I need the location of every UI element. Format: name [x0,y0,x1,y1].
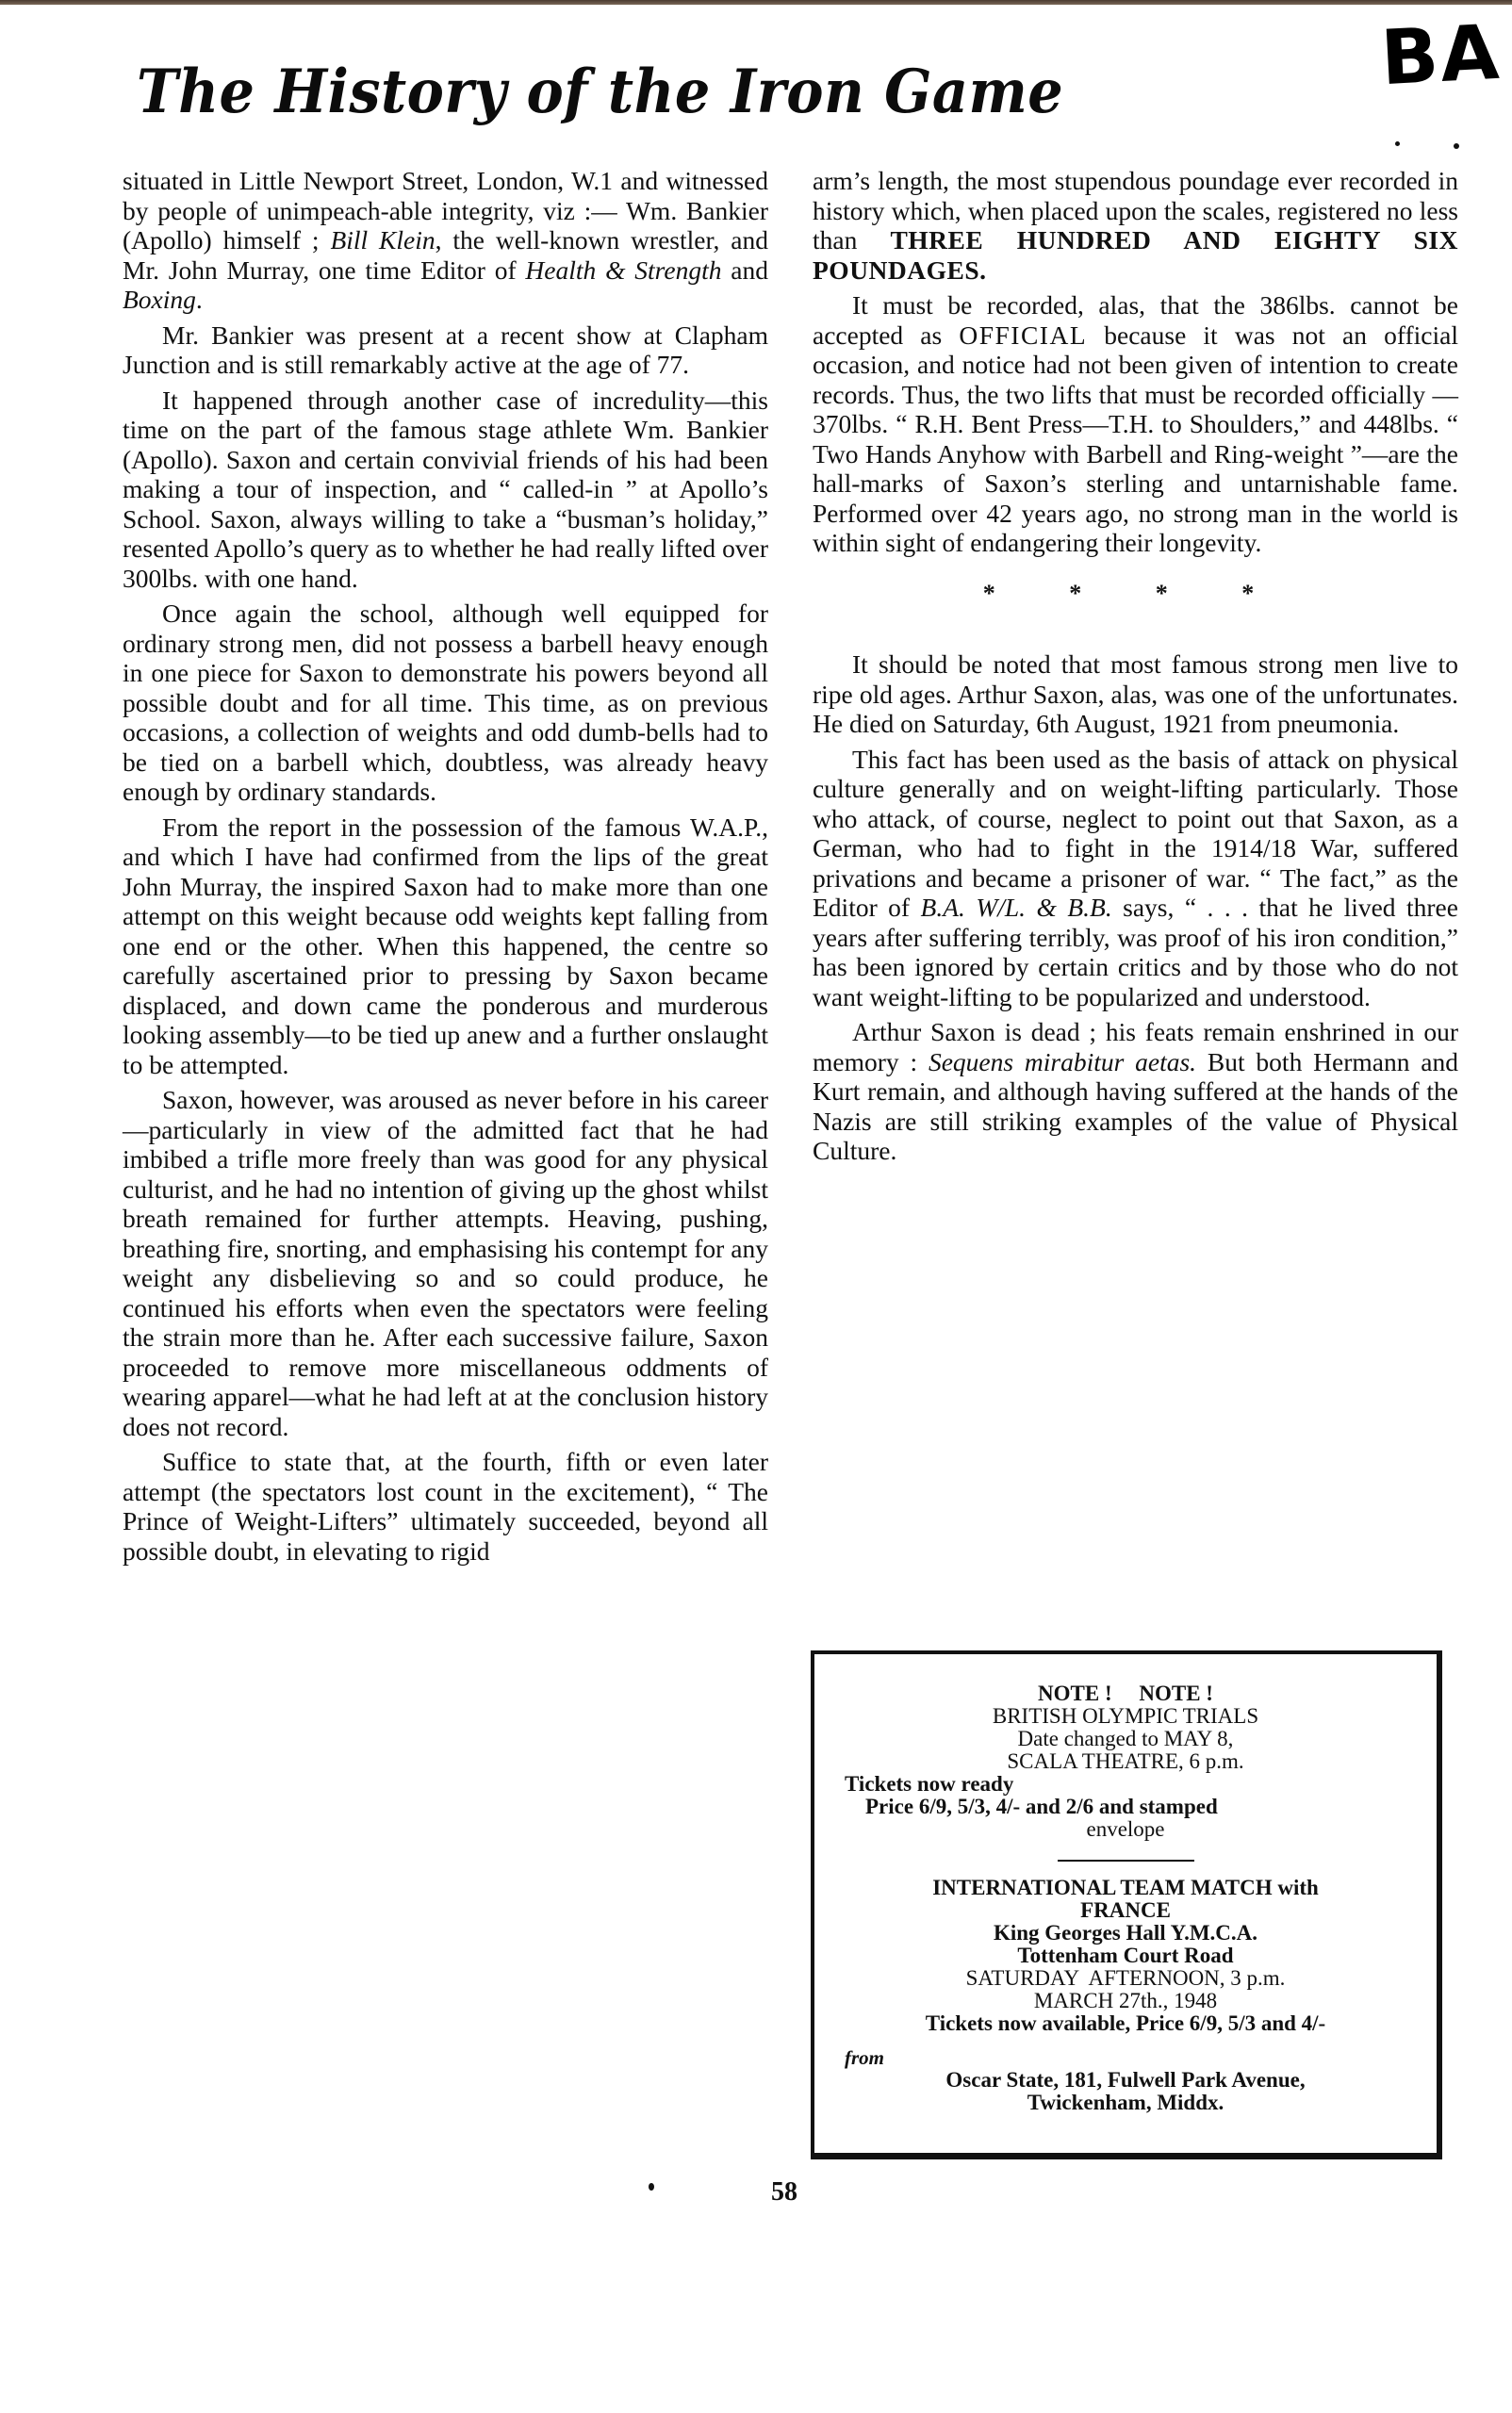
ticket-price-cont: envelope [814,1818,1437,1841]
scan-speck [649,2183,654,2191]
paragraph: Saxon, however, was aroused as never bef… [123,1085,768,1441]
italic-publication: Health & Strength [525,255,721,285]
ticket-price: Price 6/9, 5/3, 4/- and 2/6 and stamped [814,1796,1437,1818]
right-column: arm’s length, the most stupendous pounda… [813,166,1458,1172]
emphasis-caps: THREE HUNDRED AND EIGHTY SIX POUNDAGES. [813,225,1458,285]
paragraph: situated in Little Newport Street, Londo… [123,166,768,315]
paragraph: Arthur Saxon is dead ; his feats remain … [813,1017,1458,1166]
paragraph: It happened through another case of incr… [123,386,768,594]
latin-quote: Sequens mirabitur aetas. [929,1047,1196,1076]
contact-address: Oscar State, 181, Fulwell Park Avenue, [814,2069,1437,2092]
event-venue: SCALA THEATRE, 6 p.m. [814,1750,1437,1773]
italic-publication: B.A. W/L. & B.B. [921,893,1112,922]
from-label: from [814,2046,1437,2069]
page-title: The History of the Iron Game [137,57,1063,127]
emphasis-caps: OFFICIAL [959,320,1087,350]
notice-heading: NOTE ! NOTE ! [814,1683,1437,1705]
italic-name: Bill Klein [330,225,435,254]
paragraph: arm’s length, the most stupendous pounda… [813,166,1458,285]
event-date: MARCH 27th., 1948 [814,1990,1437,2012]
event-date: Date changed to MAY 8, [814,1728,1437,1750]
event-title: INTERNATIONAL TEAM MATCH with [814,1877,1437,1899]
ticket-price: Tickets now available, Price 6/9, 5/3 an… [814,2012,1437,2035]
handwritten-annotation: BA [1379,8,1504,103]
event-venue: King Georges Hall Y.M.C.A. [814,1922,1437,1945]
paragraph: It must be recorded, alas, that the 386l… [813,290,1458,558]
divider [1058,1860,1194,1862]
event-address: Tottenham Court Road [814,1945,1437,1967]
paragraph: Suffice to state that, at the fourth, fi… [123,1447,768,1566]
scan-speck [1454,143,1459,149]
event-notice-box: NOTE ! NOTE ! BRITISH OLYMPIC TRIALS Dat… [811,1650,1442,2159]
paragraph: This fact has been used as the basis of … [813,745,1458,1012]
paragraph: It should be noted that most famous stro… [813,649,1458,739]
section-separator: * * * * [813,579,1458,609]
ticket-status: Tickets now ready [814,1773,1437,1796]
event-title: BRITISH OLYMPIC TRIALS [814,1705,1437,1728]
page-number: 58 [771,2177,797,2208]
left-column: situated in Little Newport Street, Londo… [123,166,768,1571]
paragraph: From the report in the possession of the… [123,813,768,1080]
paragraph: Mr. Bankier was present at a recent show… [123,320,768,380]
event-time: SATURDAY AFTERNOON, 3 p.m. [814,1967,1437,1990]
contact-address: Twickenham, Middx. [814,2092,1437,2114]
italic-publication: Boxing [123,285,196,314]
scan-speck [1395,141,1400,146]
event-title-cont: FRANCE [814,1899,1437,1922]
page-top-edge [0,0,1512,5]
paragraph: Once again the school, although well equ… [123,599,768,807]
